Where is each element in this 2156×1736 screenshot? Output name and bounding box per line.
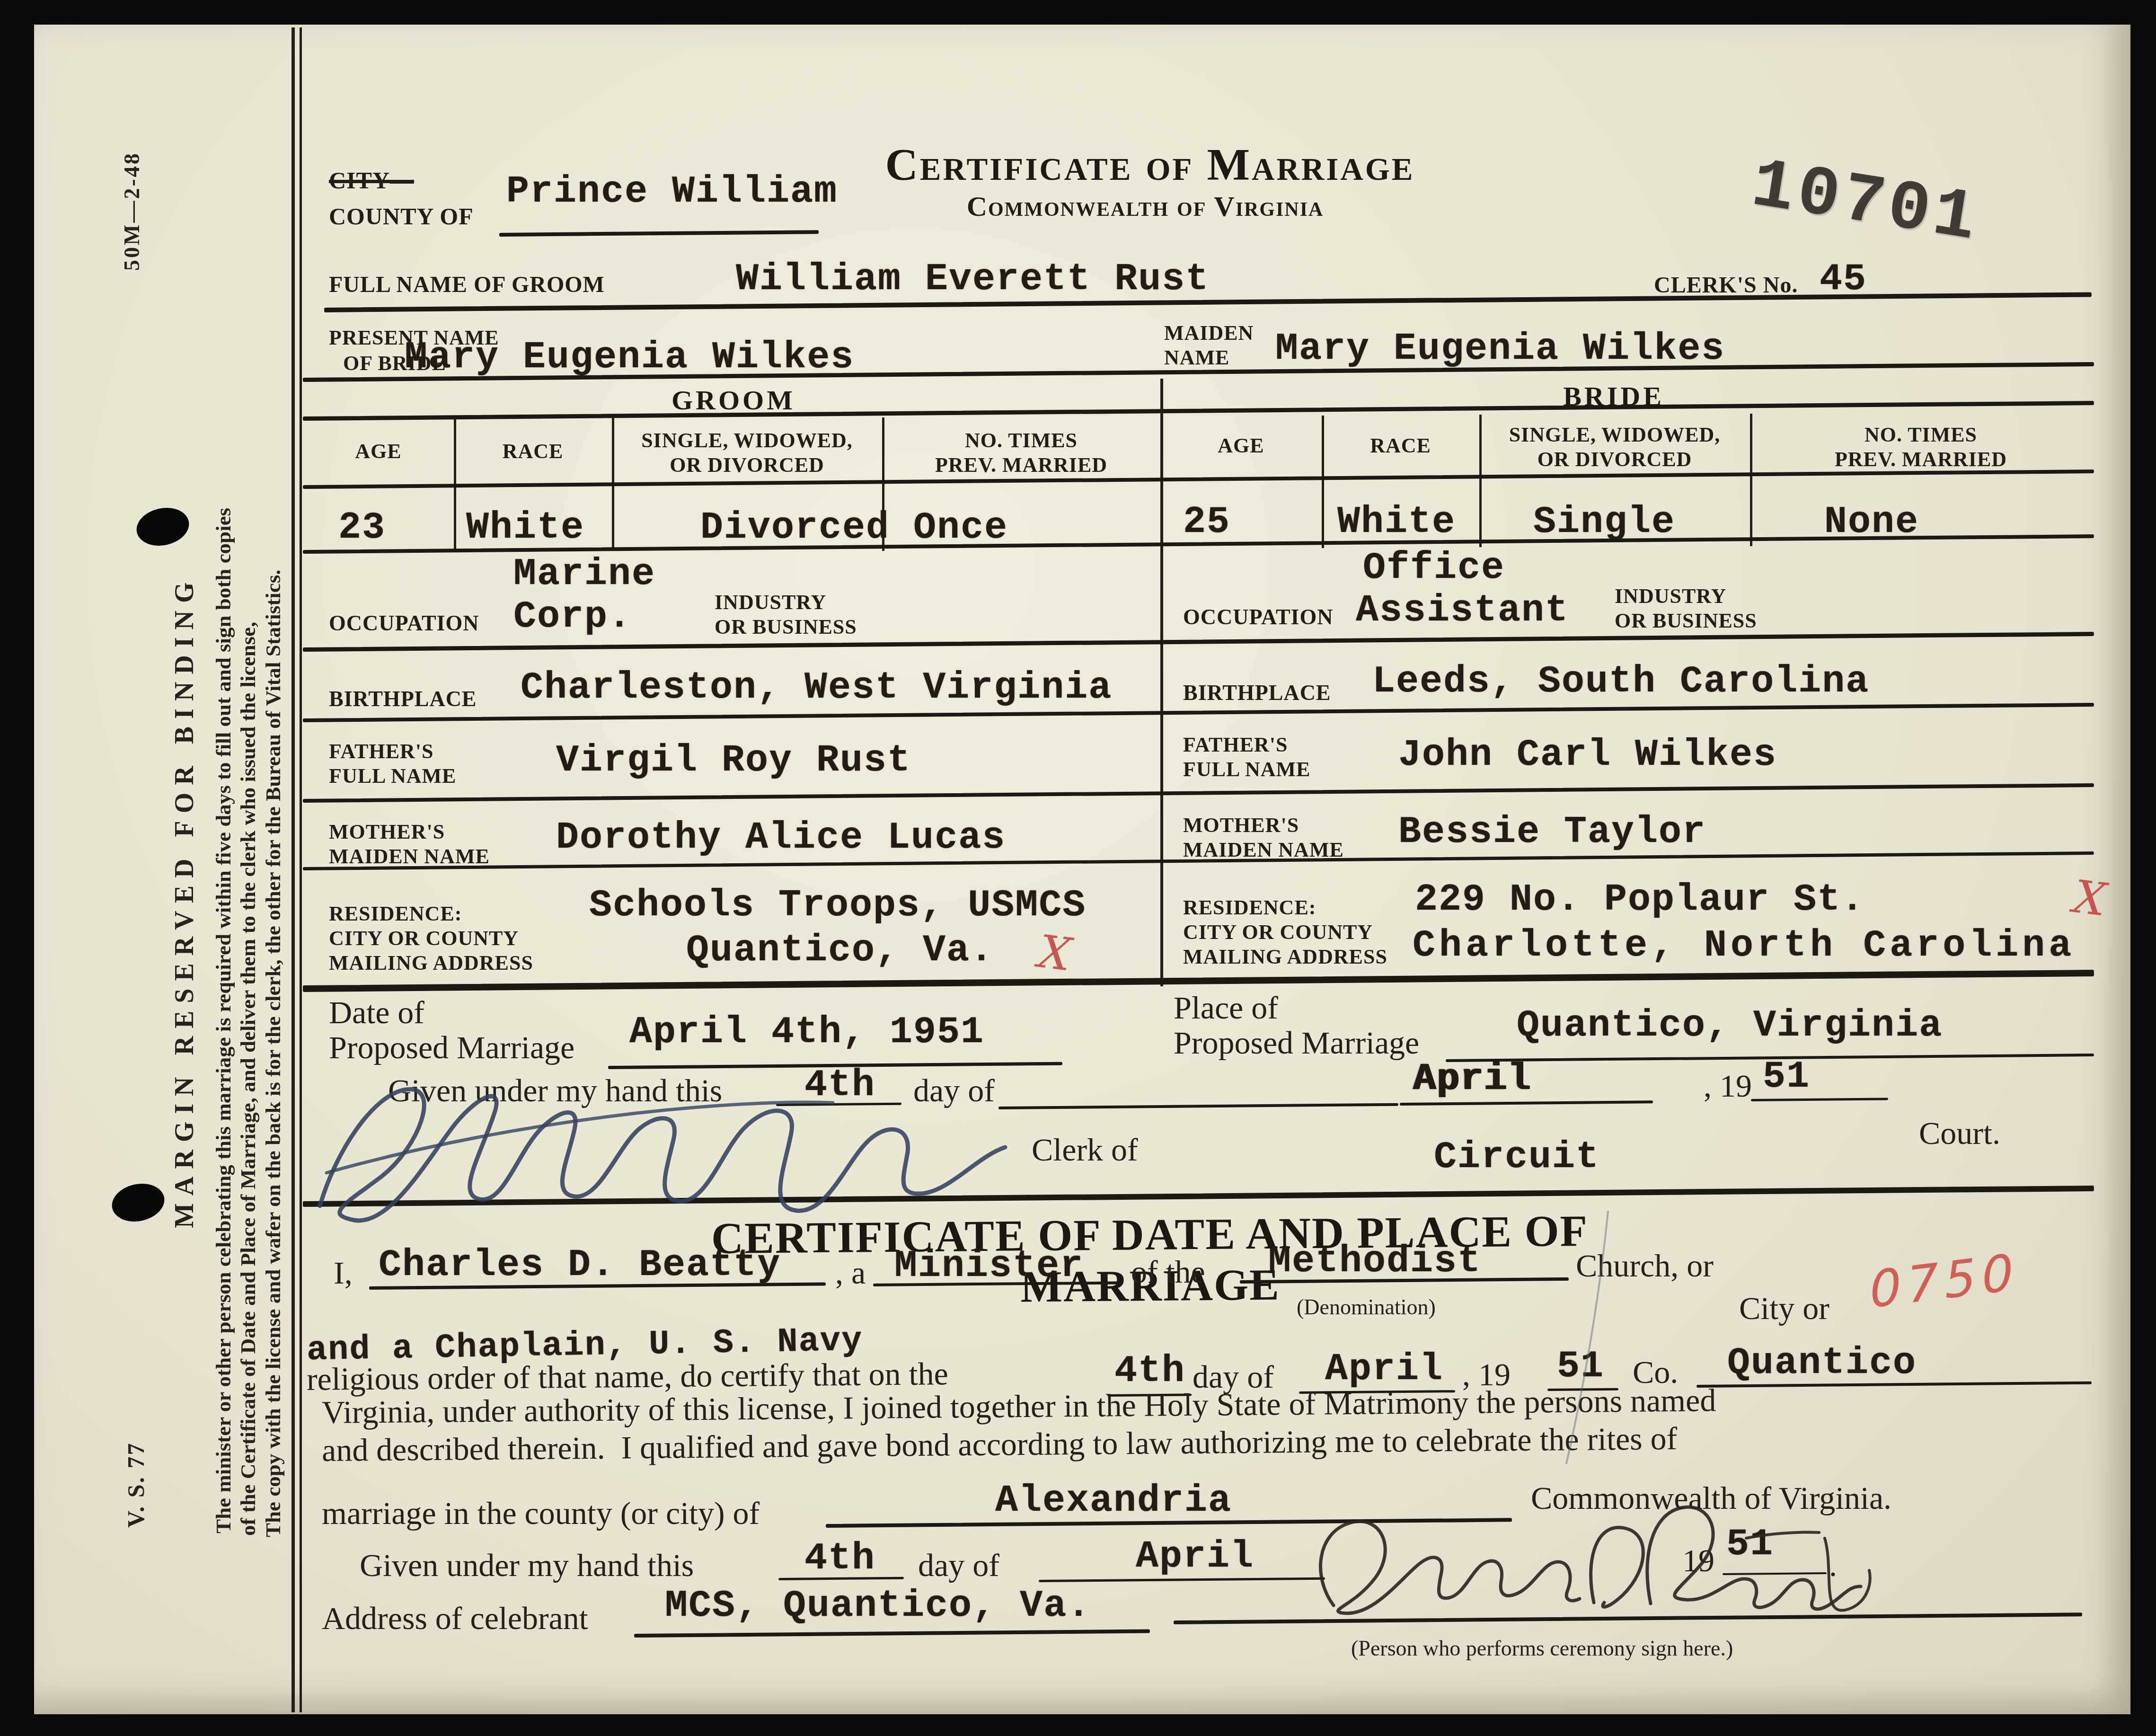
margin-instruction-line-1: The minister or other person celebrating… [211,508,236,1533]
margin-instruction-line-3: The copy with the license and wafer on t… [261,570,285,1537]
col-header-age: AGE [303,439,454,463]
groom-bride-divider [1160,379,1163,986]
full-name-groom-label: FULL NAME OF GROOM [329,272,605,298]
clerk-of-text: Clerk of [1032,1131,1138,1169]
birthplace-label: BIRTHPLACE [1183,680,1331,705]
bride-occupation-line-1: Office [1363,547,1505,590]
month-value: April [1136,1535,1254,1578]
day-of-text: day of [918,1547,999,1584]
year-value: 51 [1763,1055,1810,1098]
date-proposed-value: April 4th, 1951 [629,1011,984,1054]
given-under-hand-text: Given under my hand this [360,1547,694,1584]
residence-label-3: MAILING ADDRESS [1183,945,1387,969]
form-code: V. S. 77 [122,1442,150,1528]
fathers-label-1: FATHER'S [1183,733,1288,757]
col-header-race: RACE [1322,434,1479,458]
col-header-single-widowed-1: SINGLE, WIDOWED, [1479,423,1750,447]
bride-present-name-value: Mary Eugenia Wilkes [405,336,854,379]
clerks-no-label: CLERK'S No. [1654,272,1798,298]
industry-label-1: INDUSTRY [1615,584,1726,608]
bride-residence-line-2: Charlotte, North Carolina [1413,924,2075,967]
i-text: I, [334,1254,353,1292]
fathers-label-2: FULL NAME [329,764,456,788]
co-value: Quantico [1727,1342,1917,1385]
given-under-hand-text: Given under my hand this [388,1072,722,1109]
residence-label-1: RESIDENCE: [329,902,462,926]
col-header-times-1: NO. TIMES [882,428,1160,452]
commonwealth-heading: Commonwealth of Virginia [847,190,1443,223]
residence-label-2: CITY OR COUNTY [329,926,519,950]
place-proposed-label-1: Place of [1174,989,1278,1027]
bride-status-value: Single [1533,501,1675,544]
red-x-mark: X [2070,870,2109,926]
bride-race-value: White [1337,501,1456,544]
col-header-single-widowed-1: SINGLE, WIDOWED, [612,428,882,452]
period-text: . [1829,1547,1837,1584]
margin-instruction-line-2: of the Certificate of Date and Place of … [236,622,260,1536]
marriage-county-text: marriage in the county (or city) of [322,1495,760,1532]
court-name-value: Circuit [1434,1136,1599,1179]
place-proposed-label-2: Proposed Marriage [1174,1024,1419,1062]
groom-father-value: Virgil Roy Rust [556,739,911,782]
col-header-race: RACE [454,439,612,463]
industry-label-2: OR BUSINESS [1615,609,1757,633]
groom-occupation-line-2: Corp. [513,595,632,638]
church-or-text: Church, or [1576,1247,1714,1284]
month-value: April [1413,1058,1531,1101]
of-the-text: of the [1131,1253,1205,1291]
groom-race-value: White [466,506,584,549]
industry-label-1: INDUSTRY [715,590,826,614]
col-header-single-widowed-2: OR DIVORCED [1479,447,1750,471]
bride-occupation-line-2: Assistant [1356,589,1569,632]
mothers-label-2: MAIDEN NAME [329,844,490,868]
denomination-caption: (Denomination) [1297,1294,1436,1320]
city-or-text: City or [1739,1290,1829,1327]
bride-residence-line-1: 229 No. Poplaur St. [1415,878,1864,921]
groom-status-value: Divorced [700,506,890,549]
county-label: COUNTY OF [329,203,474,230]
bride-mother-value: Bessie Taylor [1398,811,1706,854]
day-of-text: day of [913,1072,995,1109]
date-proposed-label-1: Date of [329,994,424,1031]
fathers-label-2: FULL NAME [1183,757,1310,781]
fathers-label-1: FATHER'S [329,739,434,763]
maiden-name-label-2: NAME [1164,345,1229,370]
print-code: 50M—2-48 [119,151,144,271]
maiden-name-label-1: MAIDEN [1164,321,1254,345]
day-value: 4th [804,1064,875,1107]
denomination-value: Methodist [1268,1240,1481,1283]
occupation-label: OCCUPATION [1183,604,1334,629]
address-celebrant-value: MCS, Quantico, Va. [665,1585,1091,1628]
bride-maiden-name-value: Mary Eugenia Wilkes [1275,328,1725,371]
county-value: Prince William [506,170,838,213]
groom-occupation-line-1: Marine [513,553,655,596]
role-value: Minister [894,1245,1084,1288]
celebrant-name-value: Charles D. Beatty [379,1244,781,1287]
binding-rule-inner [300,27,302,1712]
industry-label-2: OR BUSINESS [715,615,857,639]
court-label-text: Court. [1919,1115,2000,1152]
col-header-times-2: PREV. MARRIED [882,453,1160,477]
address-celebrant-label: Address of celebrant [322,1600,588,1637]
residence-label-3: MAILING ADDRESS [329,951,533,975]
margin-binding-note: MARGIN RESERVED FOR BINDING [169,575,200,1228]
groom-birthplace-value: Charleston, West Virginia [521,666,1112,709]
groom-times-value: Once [913,506,1008,549]
bride-age-value: 25 [1183,501,1230,544]
col-header-times-2: PREV. MARRIED [1750,447,2092,471]
residence-label-1: RESIDENCE: [1183,895,1316,920]
place-proposed-value: Quantico, Virginia [1517,1004,1943,1047]
occupation-label: OCCUPATION [329,611,479,636]
groom-age-value: 23 [338,506,386,549]
marriage-place-value: Alexandria [995,1479,1232,1523]
bride-father-value: John Carl Wilkes [1398,734,1777,777]
col-header-times-1: NO. TIMES [1750,423,2092,447]
year-value: 51 [1557,1345,1604,1388]
day-value: 4th [804,1537,875,1580]
certificate-title: Certificate of Marriage [804,138,1495,191]
groom-name-value: William Everett Rust [736,258,1209,301]
a-text: , a [835,1254,866,1292]
mothers-label-1: MOTHER'S [329,820,445,844]
groom-residence-line-1: Schools Troops, USMCS [589,884,1086,927]
sign-here-caption: (Person who performs ceremony sign here.… [1351,1636,1733,1661]
col-header-single-widowed-2: OR DIVORCED [612,453,882,477]
scanned-marriage-certificate: 50M—2-48 MARGIN RESERVED FOR BINDING The… [0,0,2156,1736]
red-x-mark: X [1035,925,1074,981]
commonwealth-tail-text: Commonwealth of Virginia. [1531,1479,1891,1517]
groom-mother-value: Dorothy Alice Lucas [556,816,1006,859]
year-value: 51 [1726,1523,1774,1566]
city-label-struck: CITY— [329,167,414,194]
comma-19-text: , 19 [1704,1067,1752,1105]
birthplace-label: BIRTHPLACE [329,686,477,711]
date-proposed-label-2: Proposed Marriage [329,1029,574,1066]
residence-label-2: CITY OR COUNTY [1183,920,1373,944]
bride-birthplace-value: Leeds, South Carolina [1372,660,1869,703]
mothers-label-1: MOTHER'S [1183,813,1299,837]
binding-rule-outer [292,27,295,1712]
groom-residence-line-2: Quantico, Va. [686,929,994,972]
year-19-text: 19 [1682,1542,1714,1579]
col-header-age: AGE [1160,434,1322,458]
